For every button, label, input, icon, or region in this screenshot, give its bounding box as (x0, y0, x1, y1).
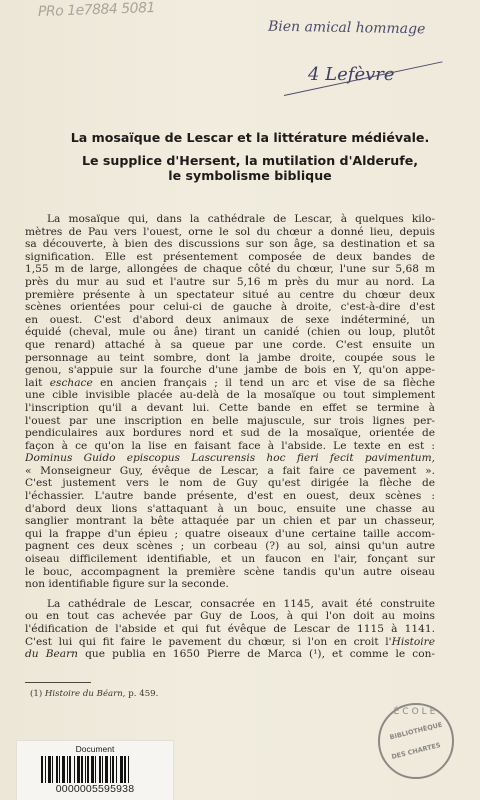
text-fragment: lait (25, 377, 50, 389)
barcode-label: Document 00 (16, 740, 174, 800)
handwritten-dedication: Bien amical hommage (268, 19, 426, 38)
article-subtitle-line-1: Le supplice d'Hersent, la mutilation d'A… (40, 153, 460, 168)
text-line: que renard) attaché à sa queue par une c… (25, 339, 435, 352)
text-fragment: que publia en 1650 Pierre de Marca (¹), … (78, 648, 435, 660)
text-line: ou en tout cas achevée par Guy de Loos, … (25, 610, 435, 623)
article-titles: La mosaïque de Lescar et la littérature … (40, 130, 460, 183)
article-subtitle-line-2: le symbolisme biblique (40, 168, 460, 183)
text-line: genou, s'appuie sur la fourche d'une jam… (25, 364, 435, 377)
text-line: sa découverte, à bien des discussions su… (25, 238, 435, 251)
text-line: pendiculaires aux bordures nord et sud d… (25, 427, 435, 440)
text-line: équidé (cheval, mule ou âne) tirant un c… (25, 326, 435, 339)
text-line: personnage au teint sombre, dont la jamb… (25, 352, 435, 365)
text-line: oiseau difficilement identifiable, et un… (25, 553, 435, 566)
stamp-text-middle: BIBLIOTHÈQUE (384, 719, 448, 742)
text-line: scènes orientées pour celui-ci de gauche… (25, 301, 435, 314)
text-line-histoire: C'est lui qui fit faire le pavement du c… (25, 636, 435, 649)
text-line: le bouc, accompagnent la première scène … (25, 566, 435, 579)
text-line: C'est justement vers le nom de Guy qu'es… (25, 477, 435, 490)
barcode-number: 0000005595938 (17, 783, 173, 795)
text-line: première présente à un spectateur situé … (25, 289, 435, 302)
text-line-eschace: lait eschace en ancien français ; il ten… (25, 377, 435, 390)
text-line: l'échassier. L'autre bande présente, d'e… (25, 490, 435, 503)
scanned-page: PRo 1e7884 5081 Bien amical hommage 4 Le… (0, 0, 480, 800)
library-stamp: ÉCOLE BIBLIOTHÈQUE DES CHARTES (378, 703, 454, 779)
text-line: La mosaïque qui, dans la cathédrale de L… (25, 213, 435, 226)
text-line-bearn: du Bearn que publia en 1650 Pierre de Ma… (25, 648, 435, 661)
text-line: en ouest. C'est d'abord deux animaux de … (25, 314, 435, 327)
text-line: 1,55 m de large, allongées de chaque côt… (25, 263, 435, 276)
latin-inscription: Dominus Guido episcopus Lascurensis hoc … (25, 452, 435, 465)
text-line: La cathédrale de Lescar, consacrée en 11… (25, 598, 435, 611)
footnote-page: , p. 459. (123, 689, 159, 699)
text-line: signification. Elle est présentement com… (25, 251, 435, 264)
footnote-title: Histoire du Béarn (45, 689, 123, 699)
footnote: (1) Histoire du Béarn, p. 459. (30, 689, 158, 699)
italic-title-du-bearn: du Bearn (25, 648, 78, 660)
text-line: façon à ce qu'on la lise en faisant face… (25, 440, 435, 453)
text-line: pagnent ces deux scènes ; un corbeau (?)… (25, 540, 435, 553)
text-line: l'ouest par une inscription en belle maj… (25, 415, 435, 428)
text-line: une cible invisible placée au-delà de la… (25, 389, 435, 402)
stamp-text-bottom: DES CHARTES (384, 739, 448, 762)
italic-term-eschace: eschace (50, 377, 93, 389)
footnote-divider (25, 682, 91, 683)
text-line: « Monseigneur Guy, évêque de Lescar, a f… (25, 465, 435, 478)
footnote-marker: (1) (30, 689, 45, 699)
text-line: qui la frappe d'un épieu ; quatre oiseau… (25, 528, 435, 541)
text-fragment: C'est lui qui fit faire le pavement du c… (25, 636, 392, 648)
article-title: La mosaïque de Lescar et la littérature … (40, 130, 460, 146)
text-line: l'édification de l'abside et qui fut évê… (25, 623, 435, 636)
italic-title-histoire: Histoire (392, 636, 435, 648)
text-line: mètres de Pau vers l'ouest, orne le sol … (25, 226, 435, 239)
text-fragment: en ancien français ; il tend un arc et v… (93, 377, 435, 389)
barcode-title: Document (17, 744, 173, 754)
text-line: non identifiable figure sur la seconde. (25, 578, 435, 591)
text-line: l'inscription qu'il a devant lui. Cette … (25, 402, 435, 415)
stamp-text-top: ÉCOLE (380, 707, 452, 717)
text-line: sanglier montrant la bête attaquée par u… (25, 515, 435, 528)
paragraph-1: La mosaïque qui, dans la cathédrale de L… (25, 213, 435, 591)
text-line: près du mur au sud et l'autre sur 5,16 m… (25, 276, 435, 289)
article-body: La mosaïque qui, dans la cathédrale de L… (25, 213, 435, 661)
barcode-icon (41, 756, 151, 783)
paragraph-2: La cathédrale de Lescar, consacrée en 11… (25, 598, 435, 661)
text-line: d'abord deux lions s'attaquant à un bouc… (25, 503, 435, 516)
shelfmark-handwritten: PRo 1e7884 5081 (38, 0, 155, 20)
